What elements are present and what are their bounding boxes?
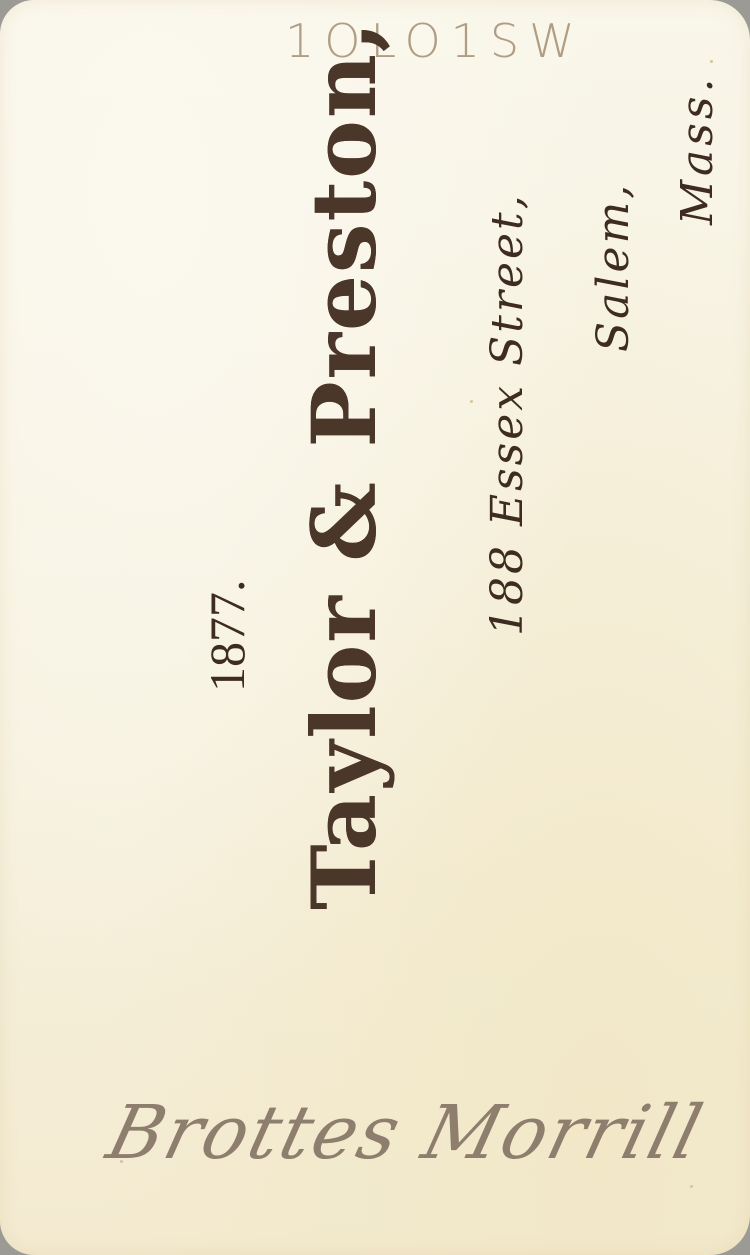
imprint-street-address: 188 Essex Street,	[482, 192, 533, 636]
imprint-firm-name: Taylor & Preston,	[292, 20, 396, 910]
imprint-city: Salem,	[588, 182, 639, 352]
photograph-card-back: 1OLO1SW 1877. Taylor & Preston, 188 Esse…	[0, 0, 750, 1255]
paper-speck	[690, 1185, 693, 1188]
imprint-year: 1877.	[198, 580, 256, 693]
paper-speck	[470, 400, 473, 403]
paper-speck	[710, 60, 713, 63]
imprint-state: Mass.	[672, 75, 723, 225]
pencil-signature: Brottes Morrill	[99, 1090, 712, 1176]
